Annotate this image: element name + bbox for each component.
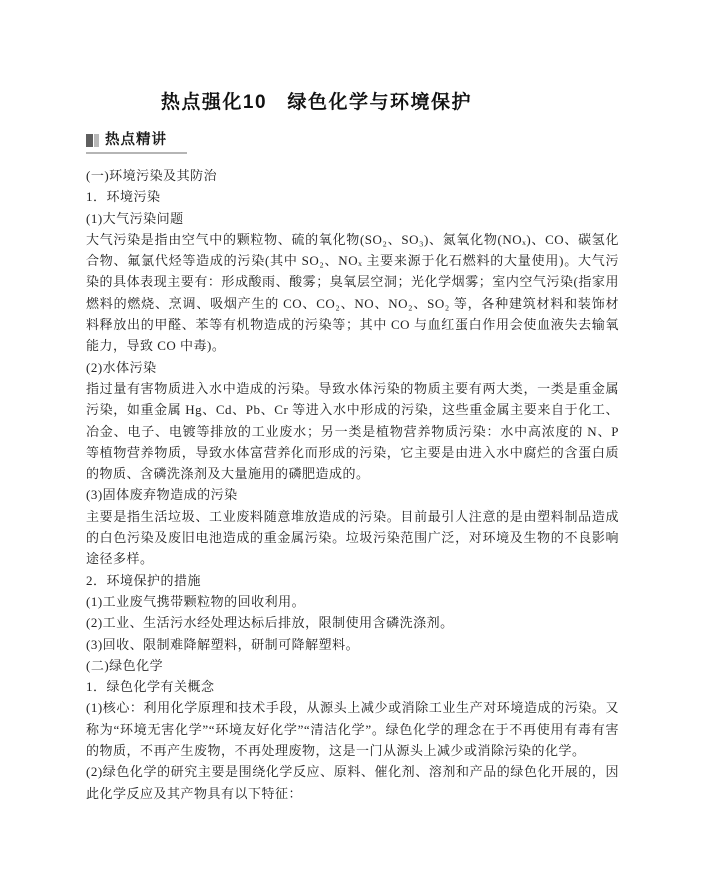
paragraph: 主要是指生活垃圾、工业废料随意堆放造成的污染。目前最引人注意的是由塑料制品造成的… xyxy=(86,506,619,570)
list-item: (2)工业、生活污水经处理达标后排放，限制使用含磷洗涤剂。 xyxy=(86,612,619,633)
bookmark-icon xyxy=(86,134,99,147)
paragraph: (1)核心：利用化学原理和技术手段，从源头上减少或消除工业生产对环境造成的污染。… xyxy=(86,697,619,761)
list-item-heading: (3)固体废弃物造成的污染 xyxy=(86,484,619,505)
list-item-heading: 1．环境污染 xyxy=(86,186,619,207)
list-item: (3)回收、限制难降解塑料，研制可降解塑料。 xyxy=(86,634,619,655)
list-item: (1)工业废气携带颗粒物的回收利用。 xyxy=(86,591,619,612)
document-page: 热点强化10 绿色化学与环境保护 热点精讲 (一)环境污染及其防治 1．环境污染… xyxy=(0,0,701,877)
subsection-heading: (一)环境污染及其防治 xyxy=(86,165,619,186)
list-item-heading: 2．环境保护的措施 xyxy=(86,570,619,591)
content-body: (一)环境污染及其防治 1．环境污染 (1)大气污染问题 大气污染是指由空气中的… xyxy=(86,165,619,804)
section-header-label: 热点精讲 xyxy=(105,133,167,148)
list-item-heading: (1)大气污染问题 xyxy=(86,208,619,229)
list-item-heading: (2)水体污染 xyxy=(86,357,619,378)
paragraph: (2)绿色化学的研究主要是围绕化学反应、原料、催化剂、溶剂和产品的绿色化开展的，… xyxy=(86,761,619,804)
paragraph: 大气污染是指由空气中的颗粒物、硫的氧化物(SO₂、SO₃)、氮氧化物(NOₓ)、… xyxy=(86,229,619,357)
page-title: 热点强化10 绿色化学与环境保护 xyxy=(86,93,547,113)
list-item-heading: 1．绿色化学有关概念 xyxy=(86,676,619,697)
bookmark-icon-light-block xyxy=(94,134,99,147)
section-header: 热点精讲 xyxy=(86,133,187,154)
bookmark-icon-dark-block xyxy=(86,134,93,147)
subsection-heading: (二)绿色化学 xyxy=(86,655,619,676)
paragraph: 指过量有害物质进入水中造成的污染。导致水体污染的物质主要有两大类，一类是重金属污… xyxy=(86,378,619,484)
